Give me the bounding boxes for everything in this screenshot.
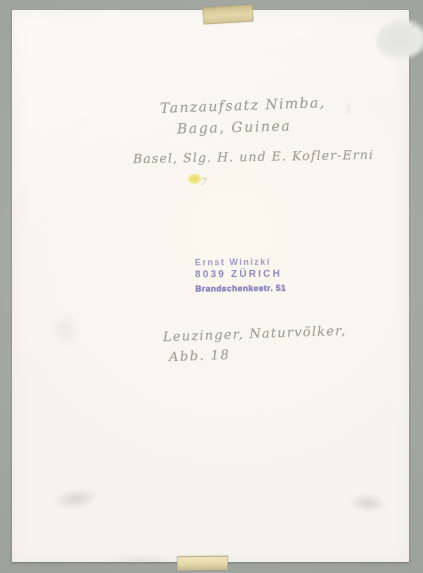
- reference-line-figure: Abb. 18: [169, 348, 231, 365]
- stamp-street-line: Brandschenkestr. 51: [195, 282, 286, 293]
- tape-bottom: [177, 556, 228, 570]
- faint-pencil-tick: 7: [199, 176, 208, 190]
- reference-line-book: Leuzinger, Naturvölker,: [163, 324, 347, 345]
- smudge-bottom-left: [51, 485, 102, 513]
- photographer-stamp: Ernst Winizki 8039 ZÜRICH Brandschenkest…: [195, 257, 286, 294]
- caption-line-object: Tanzaufsatz Nimba,: [160, 95, 326, 117]
- caption-line-collection: Basel, Slg. H. und E. Kofler-Erni: [133, 147, 374, 166]
- caption-line-origin: Baga, Guinea: [177, 119, 292, 138]
- erased-pencil-mark: ): [346, 99, 389, 119]
- corner-pencil-number: 7: [410, 18, 418, 31]
- smudge-left: [50, 310, 80, 350]
- smudge-bottom-right: [347, 491, 389, 515]
- stamp-name-line: Ernst Winizki: [195, 257, 286, 269]
- stamp-city-line: 8039 ZÜRICH: [195, 269, 286, 282]
- tape-top: [203, 4, 254, 24]
- photo-back-card: 7 Tanzaufsatz Nimba, Baga, Guinea Basel,…: [12, 10, 409, 562]
- smudge-bottom-center: [107, 555, 177, 567]
